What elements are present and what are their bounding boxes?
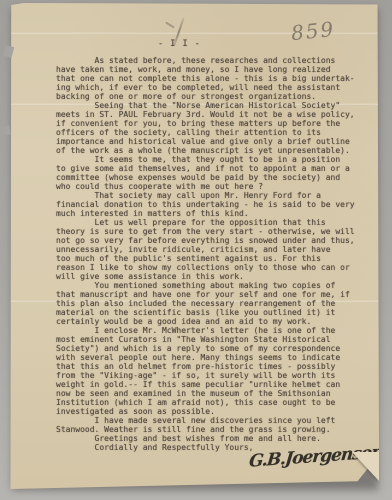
letter-body-text: As stated before, these researches and c… [56,56,355,452]
photo-background: - I I - 859 As stated before, these rese… [0,0,392,500]
letter-page: - I I - 859 As stated before, these rese… [9,3,379,489]
pencil-stroke-mark [165,22,175,29]
paper-fold-corner [352,452,379,481]
page-number: - I I - [158,39,201,49]
archive-number-annotation: 859 [290,17,336,45]
paper-edge-notch [2,125,10,135]
